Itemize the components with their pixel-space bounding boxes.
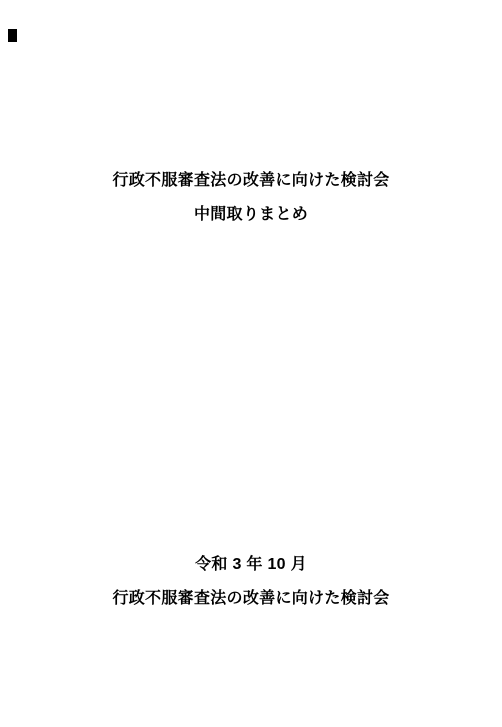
document-subtitle: 中間取りまとめ xyxy=(0,198,502,232)
publishing-organization: 行政不服審査法の改善に向けた検討会 xyxy=(0,582,502,616)
document-title: 行政不服審査法の改善に向けた検討会 xyxy=(0,164,502,198)
publication-date: 令和 3 年 10 月 xyxy=(0,548,502,582)
footer-block: 令和 3 年 10 月 行政不服審査法の改善に向けた検討会 xyxy=(0,548,502,616)
title-block: 行政不服審査法の改善に向けた検討会 中間取りまとめ xyxy=(0,164,502,232)
document-page: 行政不服審査法の改善に向けた検討会 中間取りまとめ 令和 3 年 10 月 行政… xyxy=(0,0,502,727)
page-corner-mark xyxy=(8,29,17,42)
